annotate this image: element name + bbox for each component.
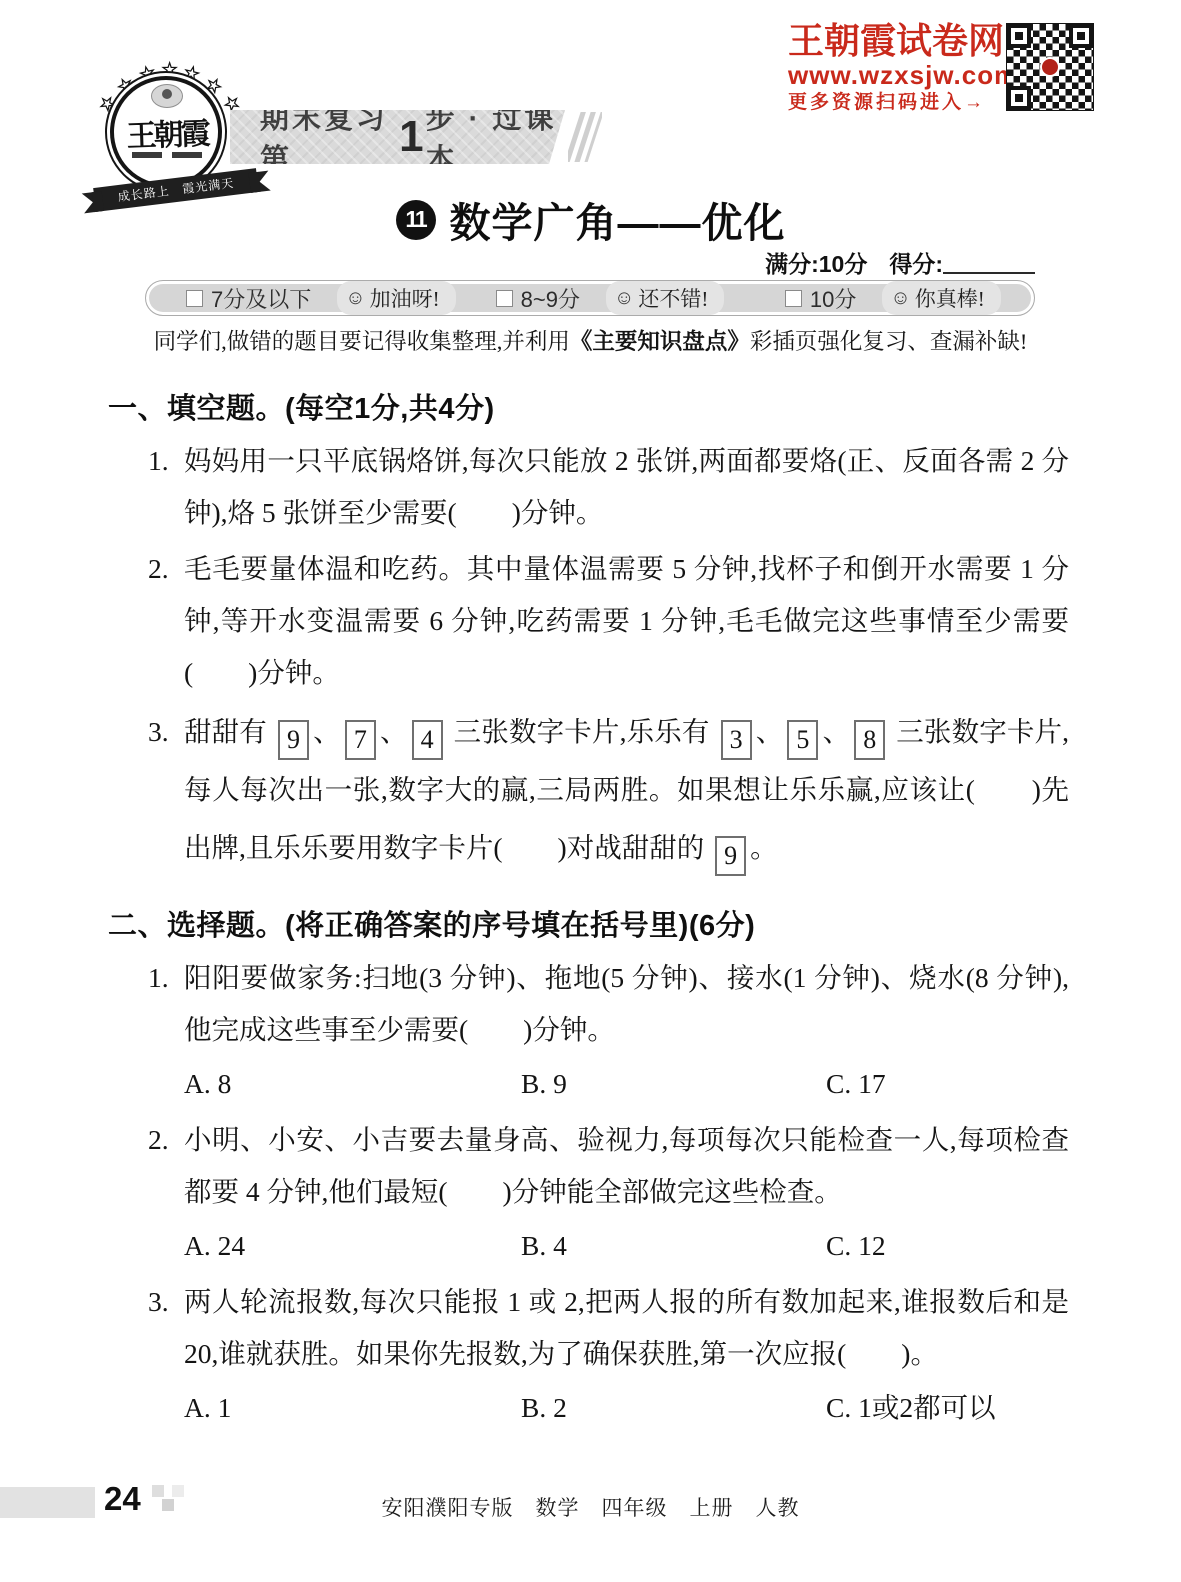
praise-label: 加油呀! (370, 283, 440, 313)
notice-post: 彩插页强化复习、查漏补缺! (750, 329, 1028, 354)
edition-info: 安阳濮阳专版 数学 四年级 上册 人教 (0, 1492, 1181, 1522)
choice-question-3: 3. 两人轮流报数,每次只能报 1 或 2,把两人报的所有数加起来,谁报数后和是… (148, 1276, 1069, 1434)
qr-code (1007, 24, 1093, 110)
options-row: A. 1 B. 2 C. 1或2都可以 (184, 1382, 1069, 1434)
separator: 、 (756, 716, 784, 747)
question-text: 小明、小安、小吉要去量身高、验视力,每项每次只能检查一人,每项检查都要 4 分钟… (184, 1124, 1069, 1207)
notice-book-title: 《主要知识盘点》 (570, 329, 750, 354)
praise-capsule: ☺ 加油呀! (337, 281, 455, 315)
question-number: 1. (148, 435, 169, 487)
question-text: 阳阳要做家务:扫地(3 分钟)、拖地(5 分钟)、接水(1 分钟)、烧水(8 分… (184, 962, 1069, 1045)
banner-text-prefix: 期末复习第 (260, 96, 397, 178)
question-number: 3. (148, 703, 169, 761)
score-segment-high: 10分 ☺ 你真棒! (745, 281, 1034, 315)
section2-heading: 二、选择题。(将正确答案的序号填在括号里)(6分) (108, 903, 1069, 944)
separator: 、 (822, 716, 850, 747)
badge-brand-name: 王朝霞 (115, 108, 218, 156)
badge-motto-marks (132, 152, 202, 158)
option-a: A. 8 (184, 1058, 521, 1110)
qr-finder-icon (1007, 24, 1031, 48)
question-number: 2. (148, 543, 169, 595)
question-text-segment: 。 (750, 832, 778, 863)
question-number: 1. (148, 952, 169, 1004)
smiley-face-icon: ☺ (890, 288, 910, 308)
option-c: C. 12 (826, 1220, 1069, 1272)
worksheet-page: 王朝霞试卷网 www.wzxsjw.com 更多资源扫码进入→ ★ ★ ★ ★ … (0, 0, 1181, 1582)
option-a: A. 1 (184, 1382, 521, 1434)
score-segment-mid: 8~9分 ☺ 还不错! (456, 281, 745, 315)
score-blank-line (943, 252, 1035, 274)
score-line: 满分:10分得分: (765, 246, 1035, 279)
number-card: 3 (721, 720, 752, 760)
option-b: B. 4 (521, 1220, 826, 1272)
number-card: 8 (854, 720, 885, 760)
number-card: 4 (412, 720, 443, 760)
page-title: 11 数学广角——优化 (0, 190, 1181, 249)
brand-qr-hint: 更多资源扫码进入→ (788, 90, 1003, 116)
brand-site-url: www.wzxsjw.com (788, 60, 1003, 90)
smiley-face-icon: ☺ (614, 288, 634, 308)
score-segment-low: 7分及以下 ☺ 加油呀! (146, 281, 456, 315)
lesson-number-badge: 11 (396, 200, 436, 240)
option-b: B. 2 (521, 1382, 826, 1434)
question-number: 3. (148, 1276, 169, 1328)
separator: 、 (380, 716, 408, 747)
question-text-segment: 三张数字卡片,乐乐有 (454, 716, 710, 747)
option-b: B. 9 (521, 1058, 826, 1110)
notice-pre: 同学们,做错的题目要记得收集整理,并利用 (154, 329, 570, 354)
praise-label: 还不错! (638, 283, 708, 313)
lesson-title: 数学广角——优化 (450, 190, 786, 249)
score-range-label: 7分及以下 (211, 283, 311, 314)
page-header: 王朝霞试卷网 www.wzxsjw.com 更多资源扫码进入→ ★ ★ ★ ★ … (0, 0, 1181, 372)
banner-stripes-decoration (568, 112, 602, 162)
score-range-label: 8~9分 (521, 283, 580, 314)
question-text: 妈妈用一只平底锅烙饼,每次只能放 2 张饼,两面都要烙(正、反面各需 2 分钟)… (184, 445, 1069, 528)
fill-question-3: 3. 甜甜有 9、7、4 三张数字卡片,乐乐有 3、5、8 三张数字卡片,每人每… (148, 703, 1069, 877)
qr-finder-icon (1007, 86, 1031, 110)
banner-step-number: 1 (399, 112, 423, 162)
question-text-segment: 甜甜有 (184, 716, 267, 747)
smiley-face-icon: ☺ (345, 288, 365, 308)
brand-block: 王朝霞试卷网 www.wzxsjw.com 更多资源扫码进入→ (788, 22, 1003, 116)
question-text: 两人轮流报数,每次只能报 1 或 2,把两人报的所有数加起来,谁报数后和是 20… (184, 1286, 1069, 1369)
score-checkbox-low[interactable] (186, 290, 203, 307)
study-notice: 同学们,做错的题目要记得收集整理,并利用《主要知识盘点》彩插页强化复习、查漏补缺… (0, 324, 1181, 356)
praise-label: 你真棒! (915, 283, 985, 313)
portrait-icon (151, 84, 183, 108)
series-banner: 期末复习第 1 步 · 过课本 (230, 110, 565, 164)
fill-question-2: 2. 毛毛要量体温和吃药。其中量体温需要 5 分钟,找杯子和倒开水需要 1 分钟… (148, 543, 1069, 699)
question-number: 2. (148, 1114, 169, 1166)
got-score-label: 得分: (889, 251, 943, 277)
praise-capsule: ☺ 你真棒! (882, 281, 1000, 315)
score-rating-bar: 7分及以下 ☺ 加油呀! 8~9分 ☺ 还不错! 10分 ☺ 你真 (145, 280, 1035, 316)
score-checkbox-mid[interactable] (496, 290, 513, 307)
worksheet-content: 一、填空题。(每空1分,共4分) 1. 妈妈用一只平底锅烙饼,每次只能放 2 张… (0, 386, 1181, 1434)
full-score-label: 满分:10分 (765, 251, 867, 277)
options-row: A. 8 B. 9 C. 17 (184, 1058, 1069, 1110)
option-c: C. 17 (826, 1058, 1069, 1110)
score-checkbox-high[interactable] (785, 290, 802, 307)
number-card: 9 (715, 836, 746, 876)
question-text: 毛毛要量体温和吃药。其中量体温需要 5 分钟,找杯子和倒开水需要 1 分钟,等开… (184, 553, 1069, 688)
options-row: A. 24 B. 4 C. 12 (184, 1220, 1069, 1272)
choice-question-1: 1. 阳阳要做家务:扫地(3 分钟)、拖地(5 分钟)、接水(1 分钟)、烧水(… (148, 952, 1069, 1110)
number-card: 5 (787, 720, 818, 760)
banner-text-suffix: 步 · 过课本 (426, 96, 565, 178)
option-a: A. 24 (184, 1220, 521, 1272)
score-range-label: 10分 (810, 283, 856, 314)
number-card: 9 (278, 720, 309, 760)
section1-heading: 一、填空题。(每空1分,共4分) (108, 386, 1069, 427)
choice-question-2: 2. 小明、小安、小吉要去量身高、验视力,每项每次只能检查一人,每项检查都要 4… (148, 1114, 1069, 1272)
number-card: 7 (345, 720, 376, 760)
brand-site-name: 王朝霞试卷网 (788, 22, 1003, 60)
separator: 、 (313, 716, 341, 747)
qr-finder-icon (1069, 24, 1093, 48)
praise-capsule: ☺ 还不错! (606, 281, 724, 315)
fill-question-1: 1. 妈妈用一只平底锅烙饼,每次只能放 2 张饼,两面都要烙(正、反面各需 2 … (148, 435, 1069, 539)
option-c: C. 1或2都可以 (826, 1382, 1069, 1434)
qr-center-emblem-icon (1040, 57, 1060, 77)
